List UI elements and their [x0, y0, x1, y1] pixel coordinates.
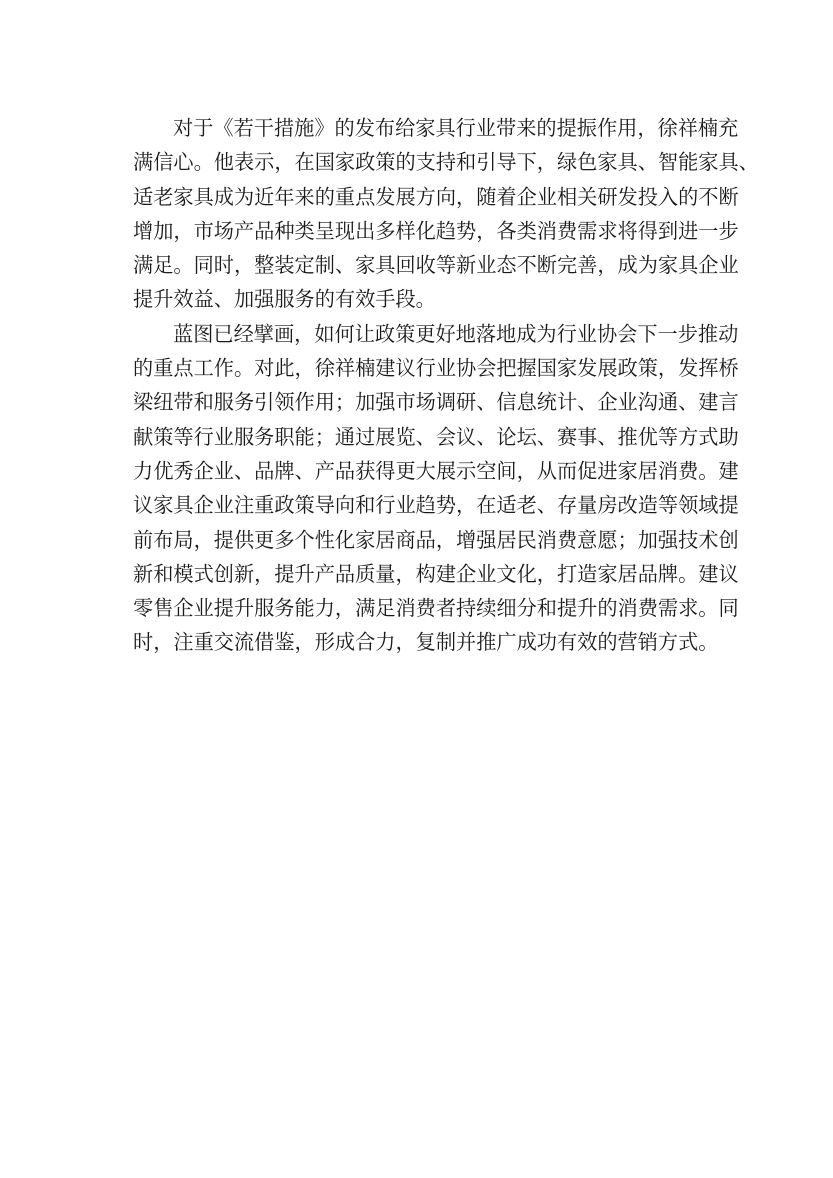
text-line: 议家具企业注重政策导向和行业趋势，在适老、存量房改造等领域提: [133, 488, 699, 522]
text-line: 适老家具成为近年来的重点发展方向，随着企业相关研发投入的不断: [133, 180, 699, 214]
text-line: 梁纽带和服务引领作用；加强市场调研、信息统计、企业沟通、建言: [133, 385, 699, 419]
text-line: 蓝图已经擘画，如何让政策更好地落地成为行业协会下一步推动: [133, 317, 699, 351]
document-page: 对于《若干措施》的发布给家具行业带来的提振作用，徐祥楠充 满信心。他表示，在国家…: [133, 111, 699, 660]
text-line: 对于《若干措施》的发布给家具行业带来的提振作用，徐祥楠充: [133, 111, 699, 145]
text-line: 力优秀企业、品牌、产品获得更大展示空间，从而促进家居消费。建: [133, 454, 699, 488]
text-line: 零售企业提升服务能力，满足消费者持续细分和提升的消费需求。同: [133, 591, 699, 625]
text-line: 满信心。他表示，在国家政策的支持和引导下，绿色家具、智能家具、: [133, 145, 699, 179]
text-line: 增加，市场产品种类呈现出多样化趋势，各类消费需求将得到进一步: [133, 214, 699, 248]
text-line: 满足。同时，整装定制、家具回收等新业态不断完善，成为家具企业: [133, 248, 699, 282]
paragraph-1: 对于《若干措施》的发布给家具行业带来的提振作用，徐祥楠充 满信心。他表示，在国家…: [133, 111, 699, 317]
text-line: 时，注重交流借鉴，形成合力，复制并推广成功有效的营销方式。: [133, 625, 699, 659]
text-line: 献策等行业服务职能；通过展览、会议、论坛、赛事、推优等方式助: [133, 420, 699, 454]
text-line: 的重点工作。对此，徐祥楠建议行业协会把握国家发展政策，发挥桥: [133, 351, 699, 385]
text-line: 提升效益、加强服务的有效手段。: [133, 282, 699, 316]
text-line: 新和模式创新，提升产品质量，构建企业文化，打造家居品牌。建议: [133, 557, 699, 591]
text-line: 前布局，提供更多个性化家居商品，增强居民消费意愿；加强技术创: [133, 523, 699, 557]
paragraph-2: 蓝图已经擘画，如何让政策更好地落地成为行业协会下一步推动 的重点工作。对此，徐祥…: [133, 317, 699, 660]
